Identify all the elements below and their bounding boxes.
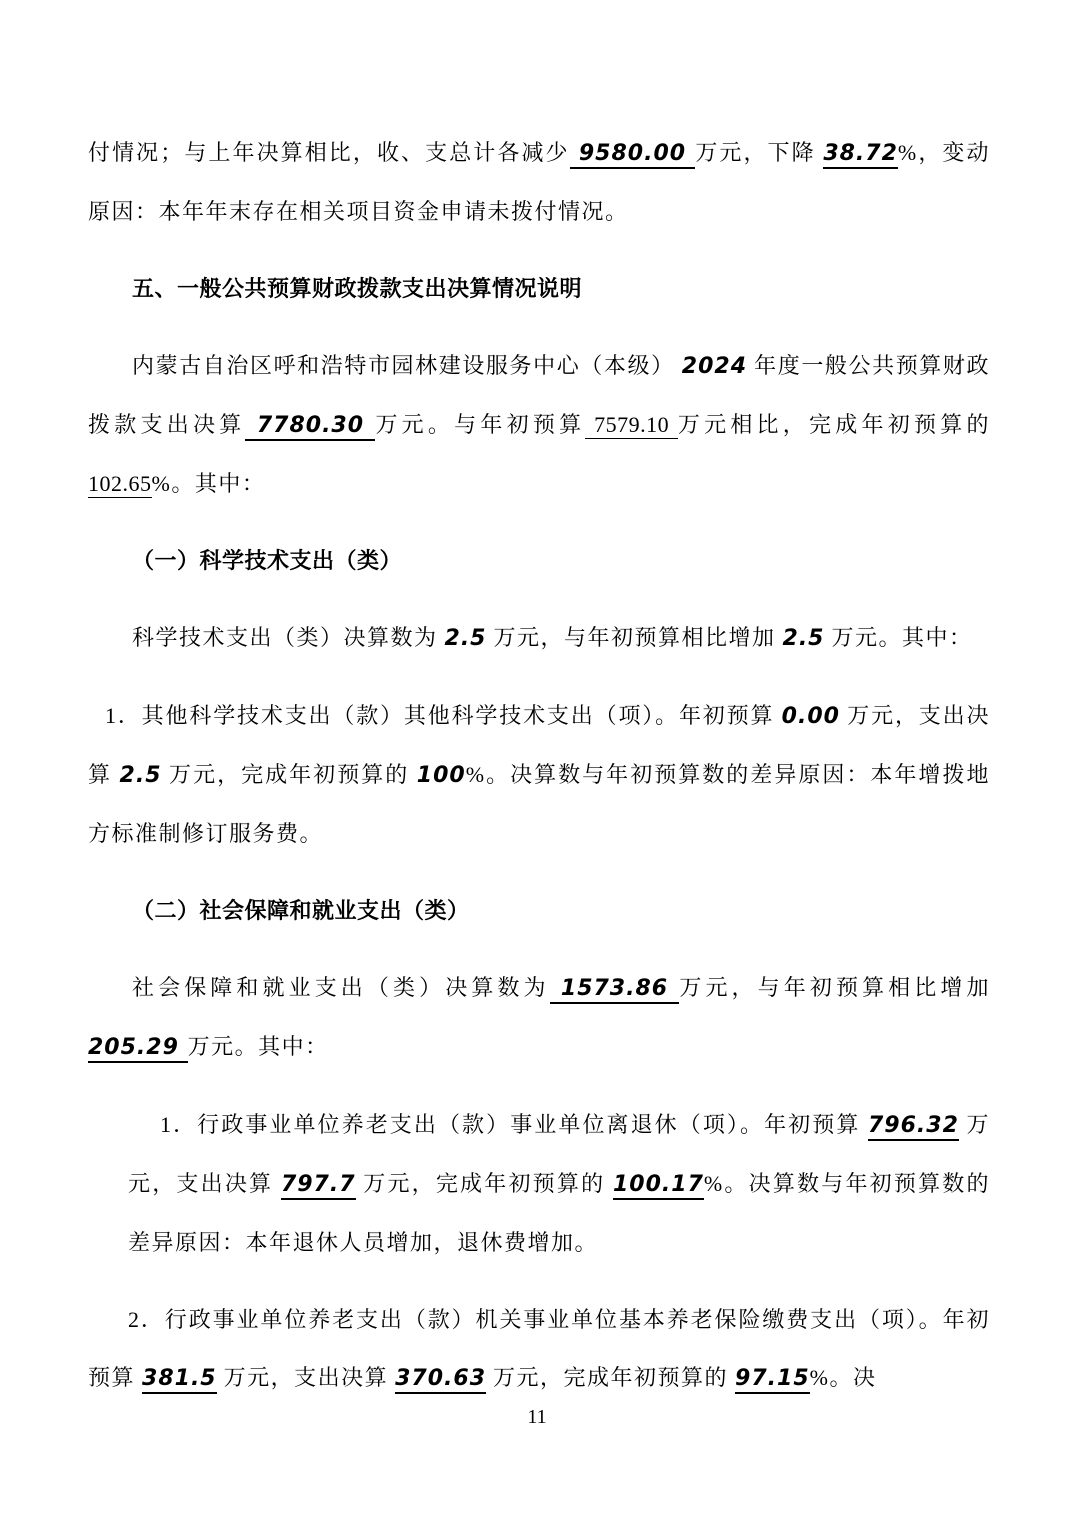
text-run: 万元，完成年初预算的 — [486, 1365, 735, 1390]
number-value: 205.29 — [88, 1035, 188, 1063]
para-carryover: 付情况；与上年决算相比，收、支总计各减少 9580.00 万元，下降 38.72… — [88, 124, 990, 241]
para-budget-overview: 内蒙古自治区呼和浩特市园林建设服务中心（本级） 2024 年度一般公共预算财政拨… — [88, 337, 990, 513]
number-value: 797.7 — [281, 1172, 356, 1200]
number-value: 381.5 — [142, 1366, 217, 1394]
text-run: 1．行政事业单位养老支出（款）事业单位离退休（项）。年初预算 — [160, 1112, 868, 1137]
page-number: 11 — [0, 1406, 1074, 1429]
text-run: 付情况；与上年决算相比，收、支总计各减少 — [88, 140, 570, 165]
number-value: 2.5 — [120, 763, 162, 788]
number-value: 2.5 — [783, 626, 825, 651]
heading-section-five: 五、一般公共预算财政拨款支出决算情况说明 — [88, 260, 990, 318]
text-run: 万元相比，完成年初预算的 — [678, 412, 990, 437]
number-value: 370.63 — [395, 1366, 486, 1394]
text-run: 1．其他科学技术支出（款）其他科学技术支出（项）。年初预算 — [105, 703, 782, 728]
number-value: 100 — [417, 763, 466, 788]
number-value: 0.00 — [782, 704, 840, 729]
number-value: 796.32 — [868, 1113, 959, 1141]
heading-sub-2-social: （二）社会保障和就业支出（类） — [88, 882, 990, 940]
para-science-item-1: 1．其他科学技术支出（款）其他科学技术支出（项）。年初预算 0.00 万元，支出… — [88, 687, 990, 863]
text-run: %。决 — [810, 1365, 877, 1390]
text-run: 万元。与年初预算 — [375, 412, 585, 437]
text-run: （二）社会保障和就业支出（类） — [132, 898, 470, 923]
text-run: 社会保障和就业支出（类）决算数为 — [132, 975, 550, 1000]
number-value: 9580.00 — [570, 141, 696, 169]
document-body: 付情况；与上年决算相比，收、支总计各减少 9580.00 万元，下降 38.72… — [88, 124, 990, 1408]
number-value: 7579.10 — [585, 412, 677, 439]
text-run: 万元，与年初预算相比增加 — [679, 975, 990, 1000]
text-run: 万元，完成年初预算的 — [162, 762, 417, 787]
text-run: 万元。其中： — [188, 1034, 329, 1059]
number-value: 102.65 — [88, 471, 152, 498]
number-value: 1573.86 — [550, 976, 680, 1004]
para-science-summary: 科学技术支出（类）决算数为 2.5 万元，与年初预算相比增加 2.5 万元。其中… — [88, 609, 990, 668]
number-value: 2.5 — [445, 626, 487, 651]
heading-sub-1-science: （一）科学技术支出（类） — [88, 532, 990, 590]
text-run: 五、一般公共预算财政拨款支出决算情况说明 — [132, 276, 582, 301]
document-page: 付情况；与上年决算相比，收、支总计各减少 9580.00 万元，下降 38.72… — [0, 0, 1074, 1520]
number-value: 100.17 — [613, 1172, 704, 1200]
number-value: 38.72 — [823, 141, 898, 169]
number-value: 2024 — [682, 354, 747, 379]
text-run: 科学技术支出（类）决算数为 — [132, 625, 445, 650]
text-run: （一）科学技术支出（类） — [132, 548, 402, 573]
para-social-summary: 社会保障和就业支出（类）决算数为 1573.86 万元，与年初预算相比增加 20… — [88, 959, 990, 1077]
text-run: %。其中： — [152, 471, 266, 496]
text-run: 万元，完成年初预算的 — [356, 1171, 613, 1196]
para-social-item-1: 1．行政事业单位养老支出（款）事业单位离退休（项）。年初预算 796.32 万元… — [128, 1096, 990, 1272]
text-run: 万元。其中： — [825, 625, 973, 650]
number-value: 97.15 — [735, 1366, 810, 1394]
para-social-item-2: 2．行政事业单位养老支出（款）机关事业单位基本养老保险缴费支出（项）。年初预算 … — [88, 1291, 990, 1408]
text-run: 万元，与年初预算相比增加 — [487, 625, 783, 650]
text-run: 内蒙古自治区呼和浩特市园林建设服务中心（本级） — [132, 353, 682, 378]
text-run: 万元，下降 — [695, 140, 823, 165]
number-value: 7780.30 — [245, 413, 375, 441]
text-run: 万元，支出决算 — [217, 1365, 396, 1390]
